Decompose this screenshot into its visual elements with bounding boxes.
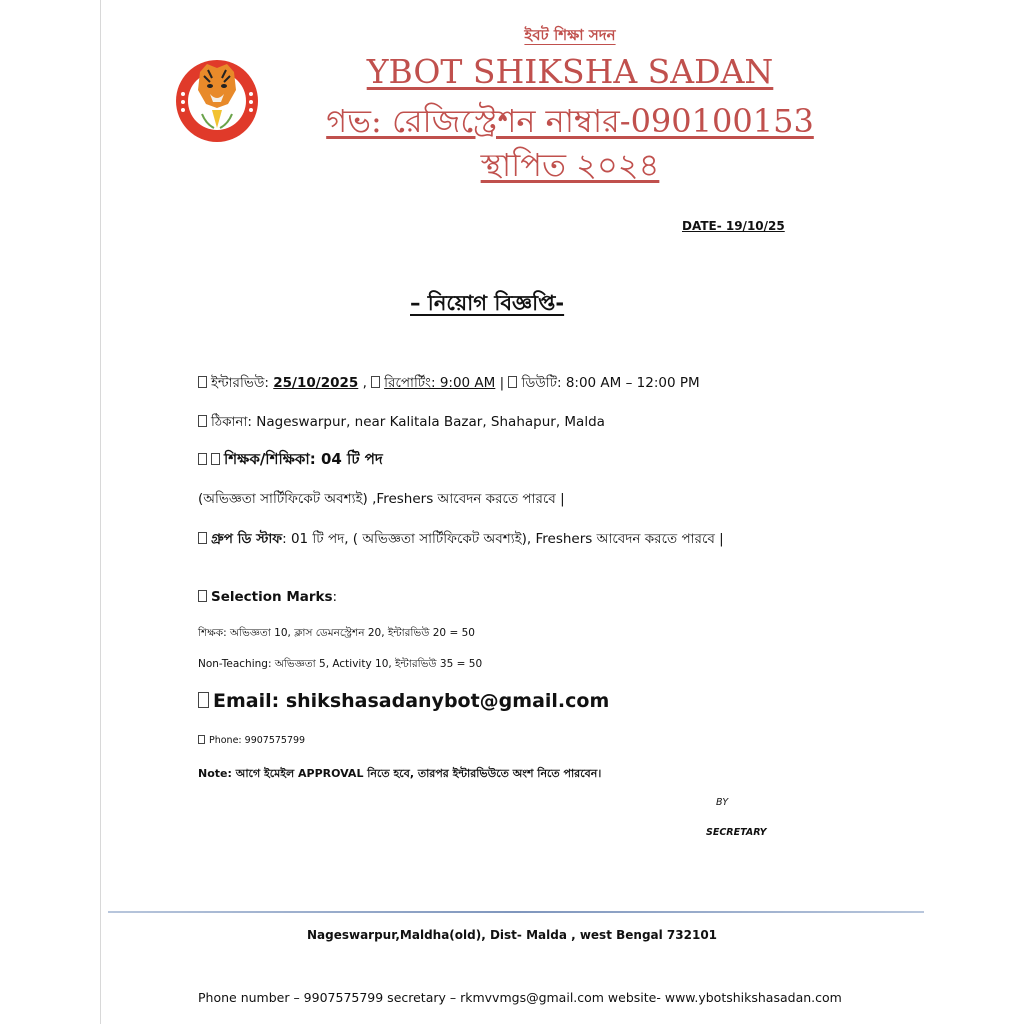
notice-title: – নিয়োগ বিজ্ঞপ্তি- <box>410 287 564 322</box>
interview-line: ইন্টারভিউ: 25/10/2025 , রিপোর্টিং: 9:00 … <box>198 372 700 395</box>
selection-heading: Selection Marks: <box>198 589 337 605</box>
colon: : <box>333 589 338 605</box>
phone-text: Phone: 9907575799 <box>209 735 305 746</box>
footer-address: Nageswarpur,Maldha(old), Dist- Malda , w… <box>0 928 1024 942</box>
footer-divider <box>108 911 924 913</box>
teaching-marks: শিক্ষক: অভিজ্ঞতা 10, ক্লাস ডেমনস্ট্রেশন … <box>198 626 475 643</box>
email-icon <box>198 692 209 708</box>
staff-icon <box>198 532 207 544</box>
clock-icon <box>371 376 380 388</box>
group-d-line: গ্রুপ ডি স্টাফ: 01 টি পদ, ( অভিজ্ঞতা সার… <box>198 526 808 552</box>
location-icon <box>198 415 207 427</box>
email-line: Email: shikshasadanybot@gmail.com <box>198 690 609 712</box>
teacher-heading: শিক্ষক/শিক্ষিকা: 04 টি পদ <box>198 448 383 473</box>
reporting-time: রিপোর্টিং: 9:00 AM <box>384 375 495 391</box>
footer-contact: Phone number – 9907575799 secretary – rk… <box>198 990 842 1005</box>
address-line: ঠিকানা: Nageswarpur, near Kalitala Bazar… <box>198 411 605 434</box>
teacher-note: (অভিজ্ঞতা সার্টিফিকেট অবশ্যই) ,Freshers … <box>198 488 565 511</box>
calendar-icon <box>198 376 207 388</box>
marks-icon <box>198 590 207 602</box>
header-bengali-name: ইবট শিক্ষা সদন <box>470 24 670 49</box>
header-established: স্থাপিত ২০২৪ <box>440 140 700 194</box>
phone-icon <box>198 735 205 744</box>
interview-date: 25/10/2025 <box>273 375 358 391</box>
non-teaching-marks: Non-Teaching: অভিজ্ঞতা 5, Activity 10, ই… <box>198 657 482 674</box>
duty-time: ডিউটি: 8:00 AM – 12:00 PM <box>521 375 699 391</box>
signature-role: SECRETARY <box>706 827 767 838</box>
separator: , <box>358 375 371 391</box>
phone-line: Phone: 9907575799 <box>198 735 305 746</box>
teacher-icon <box>211 453 220 465</box>
selection-heading-text: Selection Marks <box>211 589 333 605</box>
separator: | <box>495 375 508 391</box>
duty-icon <box>508 376 517 388</box>
notice-date: DATE- 19/10/25 <box>682 219 785 233</box>
signature-by: BY <box>716 797 728 808</box>
group-d-heading: গ্রুপ ডি স্টাফ <box>211 531 282 547</box>
email-text[interactable]: Email: shikshasadanybot@gmail.com <box>213 690 609 712</box>
interview-label: ইন্টারভিউ: <box>211 375 273 391</box>
address-value: Nageswarpur, near Kalitala Bazar, Shahap… <box>256 414 605 430</box>
page-edge <box>100 0 101 1024</box>
approval-note: Note: আগে ইমেইল APPROVAL নিতে হবে, তারপর… <box>198 765 601 784</box>
tiger-logo-icon <box>174 58 260 144</box>
teacher-heading-text: শিক্ষক/শিক্ষিকা: 04 টি পদ <box>224 450 383 468</box>
header-title: YBOT SHIKSHA SADAN <box>310 52 830 91</box>
address-label: ঠিকানা: <box>211 414 256 430</box>
teacher-icon <box>198 453 207 465</box>
group-d-text: : 01 টি পদ, ( অভিজ্ঞতা সার্টিফিকেট অবশ্য… <box>282 531 724 547</box>
